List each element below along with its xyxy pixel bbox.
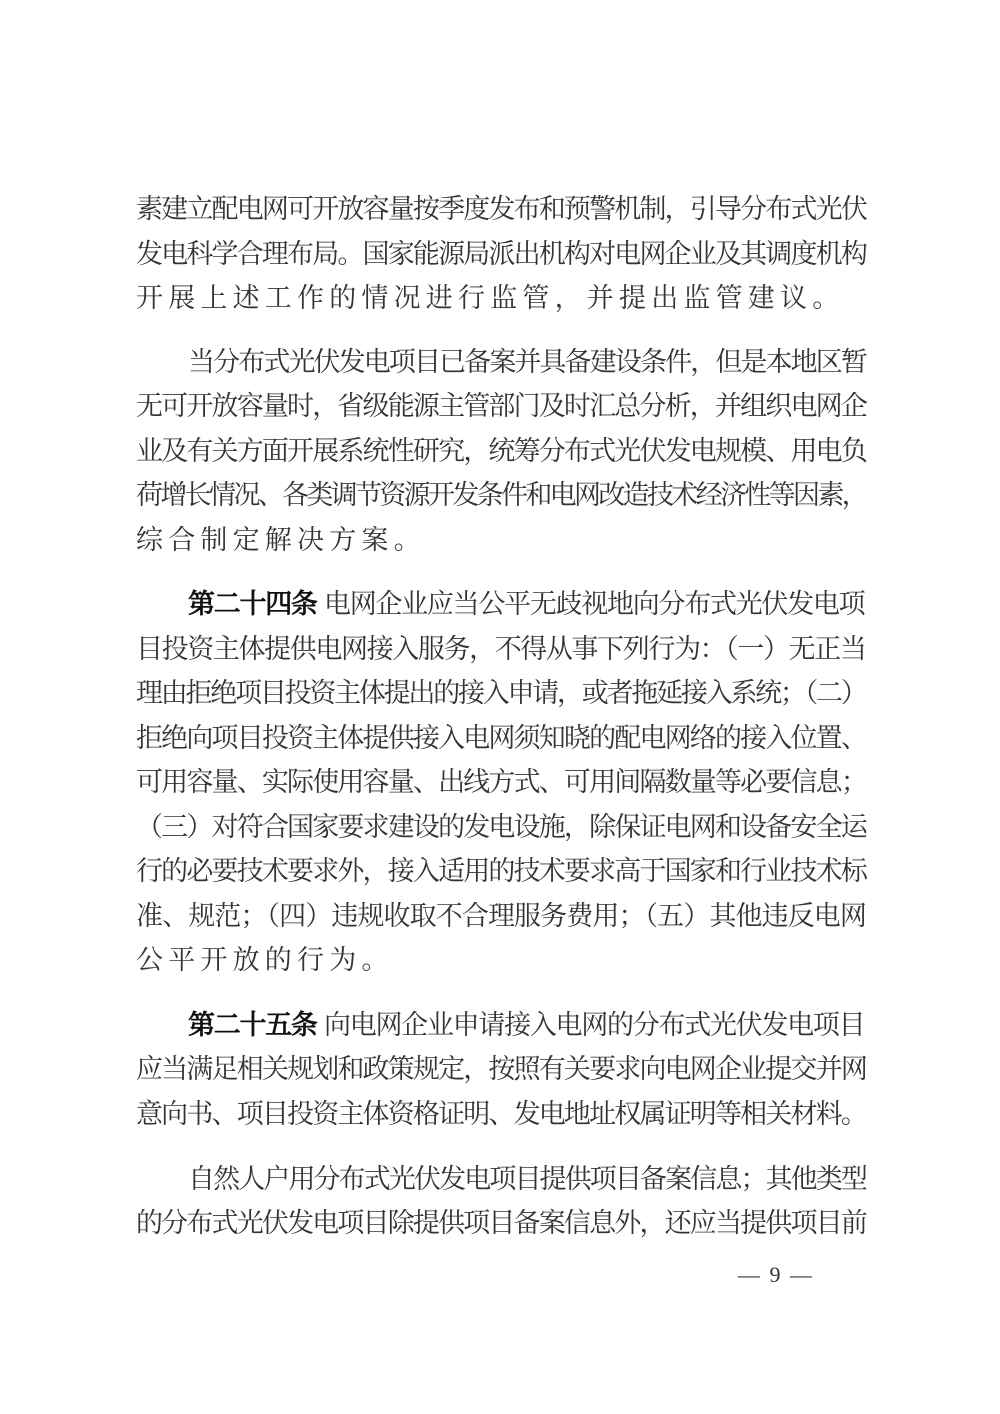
text-line: 发电科学合理布局。国家能源局派出机构对电网企业及其调度机构 xyxy=(136,235,866,275)
text-line: 理由拒绝项目投资主体提出的接入申请，或者拖延接入系统；（二） xyxy=(136,674,866,714)
text-line: 的分布式光伏发电项目除提供项目备案信息外，还应当提供项目前 xyxy=(136,1204,866,1244)
page-number: — 9 — xyxy=(738,1262,814,1288)
article-25-first-line: 第二十五条 向电网企业申请接入电网的分布式光伏发电项目 xyxy=(188,1006,866,1046)
text-line: 无可开放容量时，省级能源主管部门及时汇总分析，并组织电网企 xyxy=(136,387,866,427)
text-line: 公平开放的行为。 xyxy=(136,941,866,981)
text-line: 自然人户用分布式光伏发电项目提供项目备案信息；其他类型 xyxy=(188,1160,866,1200)
text-line: 目投资主体提供电网接入服务，不得从事下列行为：（一）无正当 xyxy=(136,630,866,670)
text-line: 当分布式光伏发电项目已备案并具备建设条件，但是本地区暂 xyxy=(188,343,866,383)
article-24-text: 电网企业应当公平无歧视地向分布式光伏发电项 xyxy=(324,589,864,620)
text-line: 可用容量、实际使用容量、出线方式、可用间隔数量等必要信息； xyxy=(136,763,866,803)
text-line: 业及有关方面开展系统性研究，统筹分布式光伏发电规模、用电负 xyxy=(136,432,866,472)
article-24-heading: 第二十四条 xyxy=(188,589,317,620)
text-line: 荷增长情况、各类调节资源开发条件和电网改造技术经济性等因素， xyxy=(136,476,866,516)
text-line: 综合制定解决方案。 xyxy=(136,521,866,561)
text-line: 素建立配电网可开放容量按季度发布和预警机制，引导分布式光伏 xyxy=(136,190,866,230)
text-line: 应当满足相关规划和政策规定，按照有关要求向电网企业提交并网 xyxy=(136,1050,866,1090)
text-line: 行的必要技术要求外，接入适用的技术要求高于国家和行业技术标 xyxy=(136,852,866,892)
text-line: 意向书、项目投资主体资格证明、发电地址权属证明等相关材料。 xyxy=(136,1095,866,1135)
document-page: 素建立配电网可开放容量按季度发布和预警机制，引导分布式光伏 发电科学合理布局。国… xyxy=(0,0,1000,1414)
text-line: （三）对符合国家要求建设的发电设施，除保证电网和设备安全运 xyxy=(136,808,866,848)
text-line: 准、规范；（四）违规收取不合理服务费用；（五）其他违反电网 xyxy=(136,897,866,937)
text-line: 拒绝向项目投资主体提供接入电网须知晓的配电网络的接入位置、 xyxy=(136,719,866,759)
article-24-first-line: 第二十四条 电网企业应当公平无歧视地向分布式光伏发电项 xyxy=(188,585,866,625)
article-25-heading: 第二十五条 xyxy=(188,1010,317,1041)
text-line: 开展上述工作的情况进行监管，并提出监管建议。 xyxy=(136,279,866,319)
article-25-text: 向电网企业申请接入电网的分布式光伏发电项目 xyxy=(324,1010,864,1041)
